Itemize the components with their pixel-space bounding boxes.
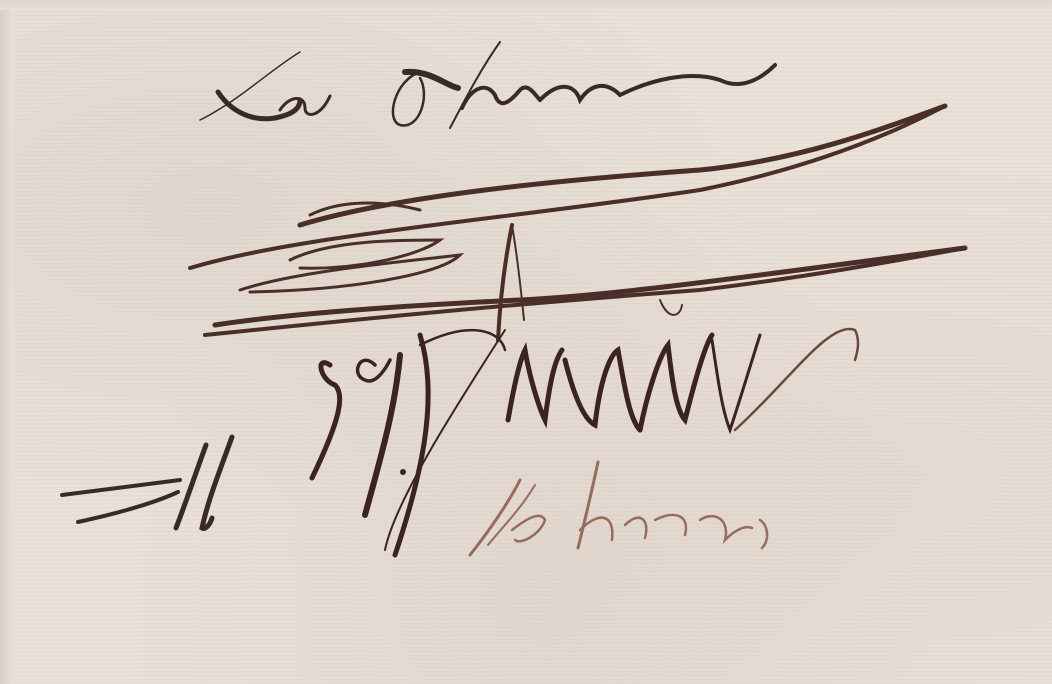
signature-flourish: [190, 106, 965, 340]
handwriting-layer: [0, 0, 1052, 684]
top-line-inscription: [200, 42, 775, 128]
lower-name-inscription: [470, 462, 767, 555]
tally-mark-inscription: [62, 437, 232, 528]
